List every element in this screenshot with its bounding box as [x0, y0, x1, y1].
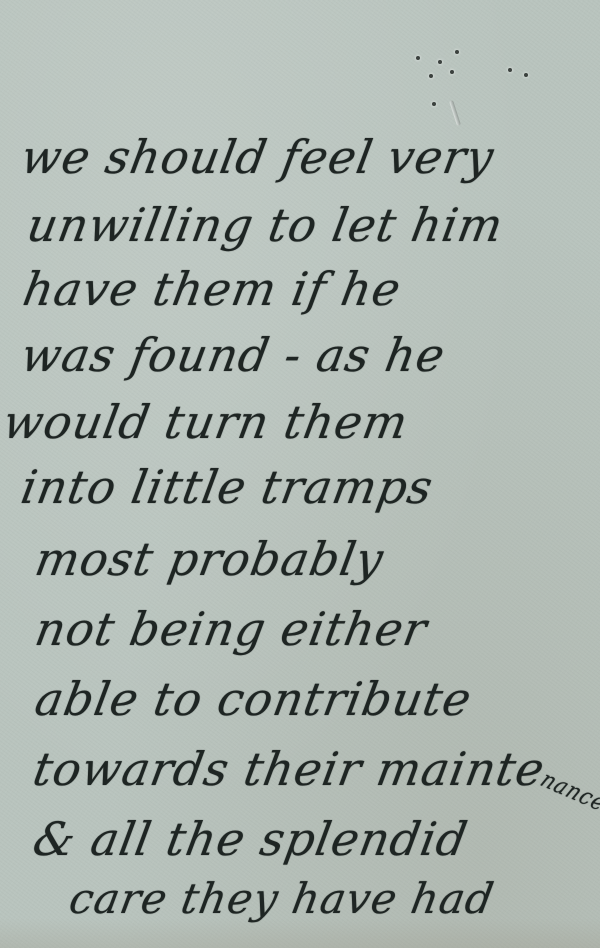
text-line-10-main: towards their mainte [29, 742, 549, 796]
text-line-9: able to contribute [31, 672, 476, 726]
text-line-3: have them if he [19, 262, 405, 316]
handwritten-text: we should feel very unwilling to let him… [0, 0, 600, 948]
text-line-6: into little tramps [17, 460, 437, 514]
letter-page: we should feel very unwilling to let him… [0, 0, 600, 948]
text-line-1: we should feel very [17, 130, 498, 184]
text-line-4: was found - as he [17, 328, 449, 382]
text-line-12: care they have had [66, 874, 498, 923]
text-line-11: & all the splendid [29, 812, 472, 866]
text-line-10-tail: nance [536, 767, 600, 817]
text-line-10: towards their maintenance [29, 742, 600, 796]
text-line-2: unwilling to let him [23, 198, 507, 252]
text-line-8: not being either [31, 602, 431, 656]
text-line-7: most probably [31, 532, 388, 586]
text-line-5: would turn them [0, 395, 413, 449]
